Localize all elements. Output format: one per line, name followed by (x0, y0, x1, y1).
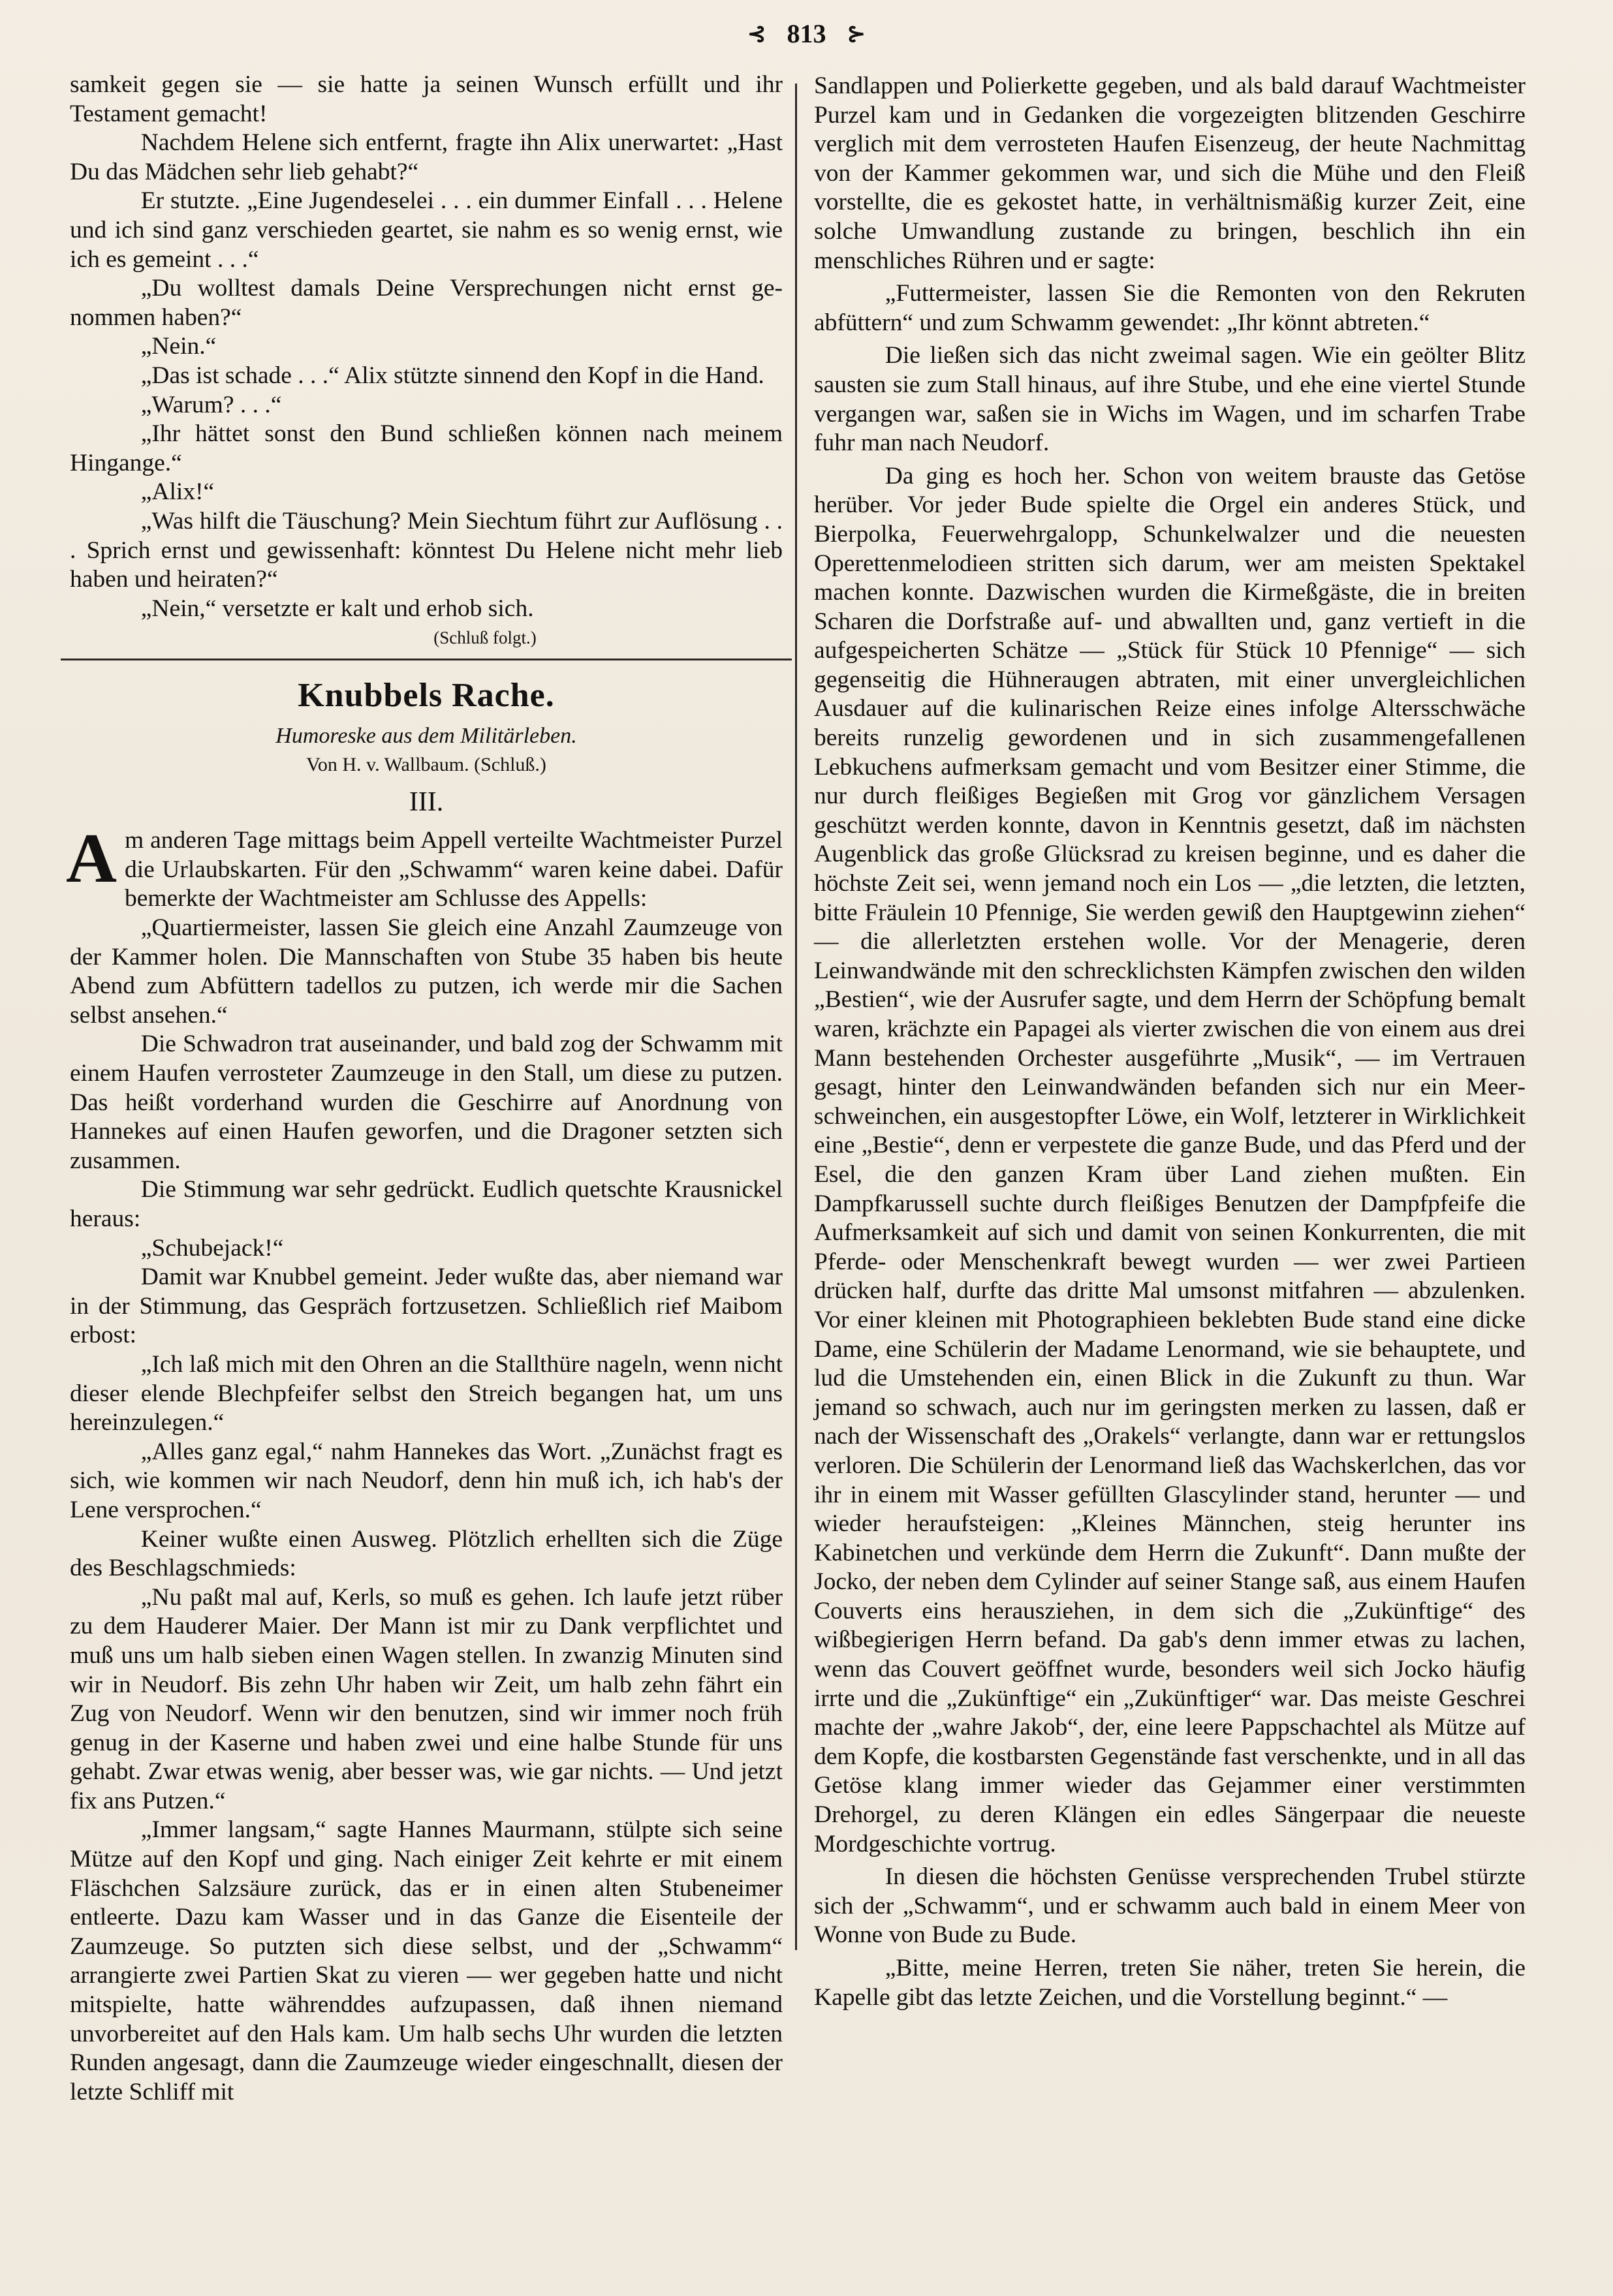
paragraph: Da ging es hoch her. Schon von weitem br… (814, 462, 1526, 1859)
paragraph: „Alix!“ (70, 478, 783, 507)
paragraph: „Alles ganz egal,“ nahm Hannekes das Wor… (70, 1438, 783, 1525)
paragraph: Die ließen sich das nicht zweimal sagen.… (814, 341, 1526, 458)
paragraph: Die Schwadron trat auseinander, und bald… (70, 1030, 783, 1175)
paragraph: „Das ist schade . . .“ Alix stützte sinn… (70, 362, 783, 391)
paragraph: Keiner wußte einen Ausweg. Plötzlich erh… (70, 1525, 783, 1583)
paragraph: „Du wolltest damals Deine Versprechungen… (70, 274, 783, 332)
first-paragraph-text: m anderen Tage mittags beim Appell verte… (125, 827, 783, 912)
first-paragraph: Am anderen Tage mittags beim Appell vert… (70, 826, 783, 914)
left-column: samkeit gegen sie — sie hatte ja seinen … (70, 70, 783, 2107)
continuation-note: (Schluß folgt.) (70, 626, 783, 649)
magazine-page: ⊰ 813 ⊱ samkeit gegen sie — sie hatte ja… (0, 0, 1613, 2296)
paragraph: „Immer langsam,“ sagte Hannes Maurmann, … (70, 1816, 783, 2107)
previous-story-ending: samkeit gegen sie — sie hatte ja seinen … (70, 70, 783, 649)
page-number: 813 (787, 19, 826, 48)
column-divider (795, 84, 797, 1950)
paragraph: „Warum? . . .“ (70, 391, 783, 420)
paragraph: Die Stimmung war sehr gedrückt. Eudlich … (70, 1175, 783, 1233)
paragraph: „Nu paßt mal auf, Kerls, so muß es gehen… (70, 1583, 783, 1816)
ornament-left-icon: ⊰ (747, 22, 766, 46)
paragraph: Er stutzte. „Eine Jugendeselei . . . ein… (70, 187, 783, 274)
story-knubbels-rache: Knubbels Rache. Humoreske aus dem Militä… (70, 675, 783, 2107)
chapter-number: III. (70, 783, 783, 821)
paragraph: In diesen die höchsten Genüsse versprech… (814, 1863, 1526, 1950)
paragraph: „Quartiermeister, lassen Sie gleich eine… (70, 914, 783, 1030)
ornament-right-icon: ⊱ (847, 22, 866, 46)
story-subtitle: Humoreske aus dem Militärleben. (70, 722, 783, 751)
paragraph: „Ich laß mich mit den Ohren an die Stall… (70, 1350, 783, 1438)
paragraph: Nachdem Helene sich entfernt, fragte ihn… (70, 129, 783, 187)
paragraph: Damit war Knubbel gemeint. Jeder wußte d… (70, 1263, 783, 1350)
drop-cap: A (66, 829, 117, 889)
page-header: ⊰ 813 ⊱ (0, 18, 1613, 49)
paragraph: „Bitte, meine Herren, treten Sie näher, … (814, 1954, 1526, 2012)
paragraph: „Schubejack!“ (70, 1234, 783, 1264)
paragraph: „Nein,“ versetzte er kalt und erhob sich… (70, 595, 783, 624)
paragraph: „Futtermeister, lassen Sie die Remonten … (814, 279, 1526, 337)
story-title: Knubbels Rache. (70, 675, 783, 717)
paragraph: „Nein.“ (70, 332, 783, 362)
paragraph: „Was hilft die Täuschung? Mein Siechtum … (70, 507, 783, 595)
right-column: Sandlappen und Polierkette gegeben, und … (814, 72, 1526, 2012)
story-byline: Von H. v. Wallbaum. (Schluß.) (70, 751, 783, 779)
paragraph: samkeit gegen sie — sie hatte ja seinen … (70, 70, 783, 129)
section-rule (61, 659, 792, 660)
paragraph: „Ihr hättet sonst den Bund schließen kön… (70, 420, 783, 478)
paragraph: Sandlappen und Polierkette gegeben, und … (814, 72, 1526, 275)
